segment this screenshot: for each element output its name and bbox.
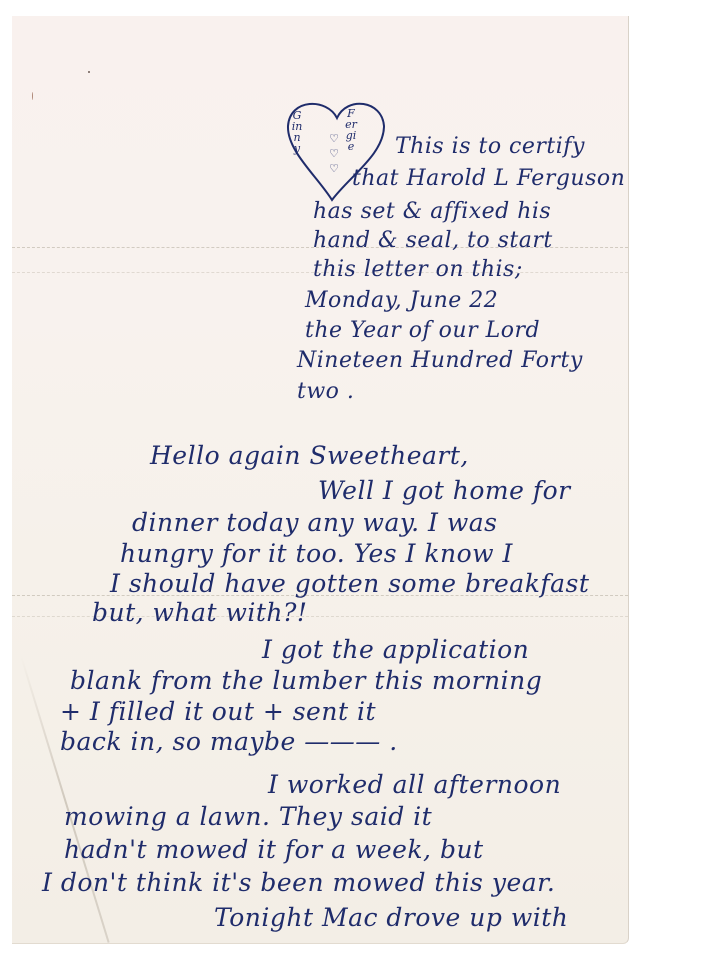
body-line: mowing a lawn. They said it — [64, 804, 432, 829]
body-line: Well I got home for — [318, 478, 571, 503]
body-line: back in, so maybe ——— . — [60, 729, 398, 754]
salutation: Hello again Sweetheart, — [150, 443, 469, 468]
certificate-line: This is to certify — [395, 136, 585, 158]
body-line: but, what with?! — [92, 600, 307, 625]
certificate-line: Nineteen Hundred Forty — [297, 350, 583, 372]
body-line: I got the application — [262, 637, 529, 662]
paper-speck — [88, 71, 90, 73]
body-line: blank from the lumber this morning — [70, 668, 542, 693]
certificate-line: Monday, June 22 — [305, 290, 498, 312]
body-line: I worked all afternoon — [268, 772, 561, 797]
body-line: + I filled it out + sent it — [60, 699, 376, 724]
body-line: hungry for it too. Yes I know I — [120, 541, 513, 566]
mini-hearts-icon: ♡♡♡ — [328, 132, 340, 177]
paper-mark — [32, 92, 33, 100]
body-line: hadn't mowed it for a week, but — [64, 837, 484, 862]
certificate-line: the Year of our Lord — [305, 320, 540, 342]
certificate-line: that Harold L Ferguson — [352, 168, 625, 190]
body-line: dinner today any way. I was — [132, 510, 498, 535]
heart-name-left: Ginny — [291, 110, 303, 154]
certificate-line: two . — [297, 381, 354, 403]
heart-name-right: Fergie — [345, 108, 357, 152]
body-line: Tonight Mac drove up with — [214, 905, 568, 930]
certificate-line: hand & seal, to start — [313, 230, 553, 252]
certificate-line: this letter on this; — [313, 259, 523, 281]
body-line: I should have gotten some breakfast — [110, 571, 589, 596]
scanned-page: Ginny Fergie ♡♡♡ This is to certify that… — [0, 0, 720, 960]
certificate-line: has set & affixed his — [313, 201, 551, 223]
body-line: I don't think it's been mowed this year. — [42, 870, 555, 895]
